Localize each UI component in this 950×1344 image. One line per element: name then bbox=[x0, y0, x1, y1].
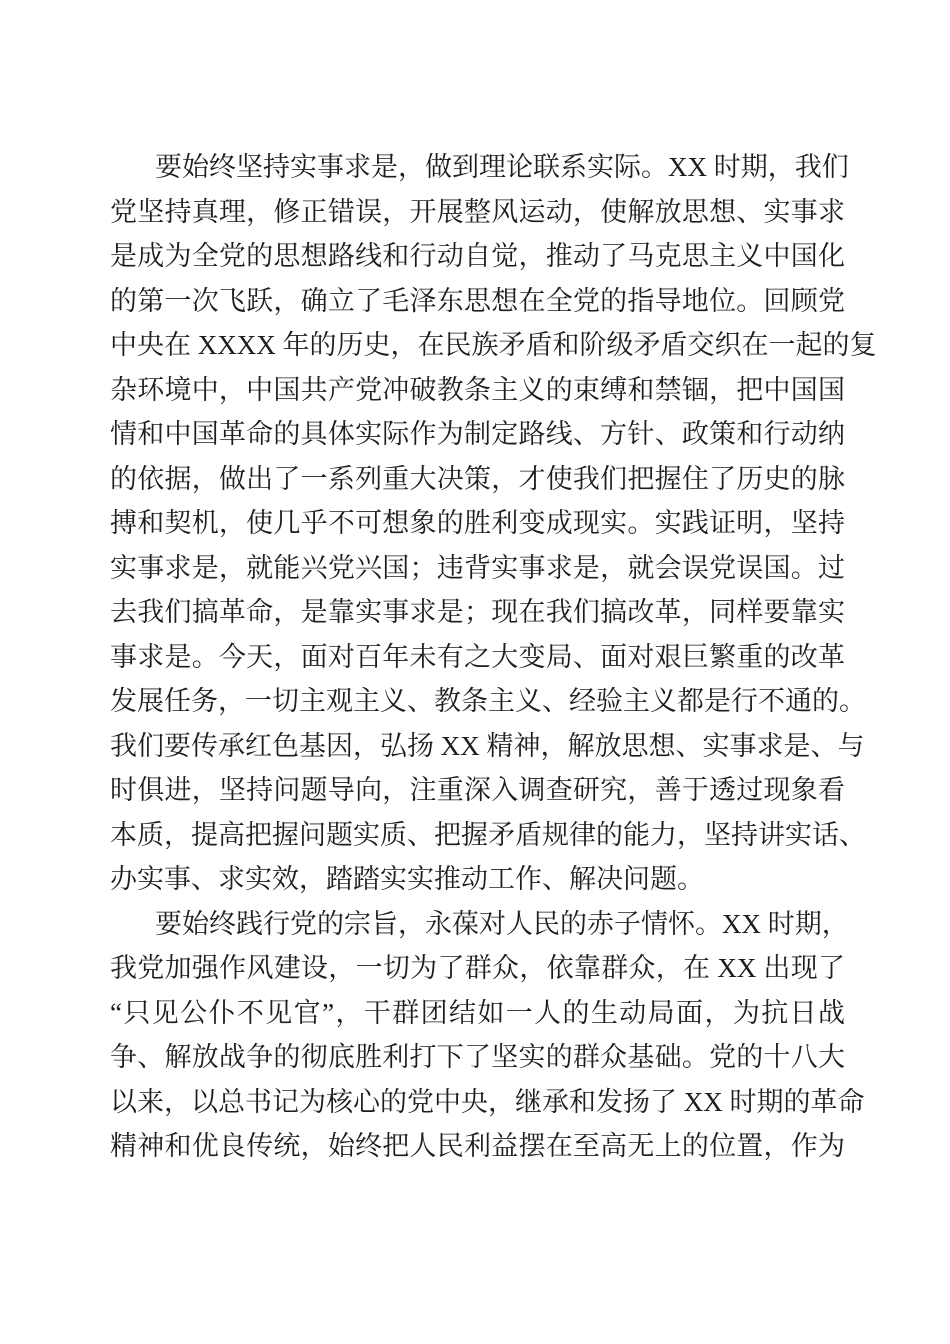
text-line: 去我们搞革命，是靠实事求是；现在我们搞改革，同样要靠实 bbox=[110, 590, 845, 635]
paragraph-2: 要始终践行党的宗旨，永葆对人民的赤子情怀。XX 时期，我党加强作风建设，一切为了… bbox=[110, 902, 845, 1169]
text-line: 党坚持真理，修正错误，开展整风运动，使解放思想、实事求 bbox=[110, 190, 845, 235]
text-line: 时俱进，坚持问题导向，注重深入调查研究，善于透过现象看 bbox=[110, 768, 845, 813]
text-line: 中央在 XXXX 年的历史，在民族矛盾和阶级矛盾交织在一起的复 bbox=[110, 323, 845, 368]
text-line: 发展任务，一切主观主义、教条主义、经验主义都是行不通的。 bbox=[110, 679, 845, 724]
text-line: 本质，提高把握问题实质、把握矛盾规律的能力，坚持讲实话、 bbox=[110, 813, 845, 858]
text-line: 的第一次飞跃，确立了毛泽东思想在全党的指导地位。回顾党 bbox=[110, 279, 845, 324]
text-line: 争、解放战争的彻底胜利打下了坚实的群众基础。党的十八大 bbox=[110, 1035, 845, 1080]
text-line: 是成为全党的思想路线和行动自觉，推动了马克思主义中国化 bbox=[110, 234, 845, 279]
text-line: 我党加强作风建设，一切为了群众，依靠群众，在 XX 出现了 bbox=[110, 946, 845, 991]
text-line: 要始终践行党的宗旨，永葆对人民的赤子情怀。XX 时期， bbox=[110, 902, 845, 947]
text-line: 杂环境中，中国共产党冲破教条主义的束缚和禁锢，把中国国 bbox=[110, 368, 845, 413]
text-line: “只见公仆不见官”，干群团结如一人的生动局面，为抗日战 bbox=[110, 991, 845, 1036]
document-page: 要始终坚持实事求是，做到理论联系实际。XX 时期，我们党坚持真理，修正错误，开展… bbox=[0, 0, 950, 1344]
text-line: 办实事、求实效，踏踏实实推动工作、解决问题。 bbox=[110, 857, 845, 902]
text-line: 搏和契机，使几乎不可想象的胜利变成现实。实践证明，坚持 bbox=[110, 501, 845, 546]
text-line: 实事求是，就能兴党兴国；违背实事求是，就会误党误国。过 bbox=[110, 546, 845, 591]
text-line: 要始终坚持实事求是，做到理论联系实际。XX 时期，我们 bbox=[110, 145, 845, 190]
text-line: 事求是。今天，面对百年未有之大变局、面对艰巨繁重的改革 bbox=[110, 635, 845, 680]
text-line: 我们要传承红色基因，弘扬 XX 精神，解放思想、实事求是、与 bbox=[110, 724, 845, 769]
document-body: 要始终坚持实事求是，做到理论联系实际。XX 时期，我们党坚持真理，修正错误，开展… bbox=[110, 145, 845, 1169]
paragraph-1: 要始终坚持实事求是，做到理论联系实际。XX 时期，我们党坚持真理，修正错误，开展… bbox=[110, 145, 845, 902]
text-line: 以来，以总书记为核心的党中央，继承和发扬了 XX 时期的革命 bbox=[110, 1080, 845, 1125]
text-line: 精神和优良传统，始终把人民利益摆在至高无上的位置，作为 bbox=[110, 1124, 845, 1169]
text-line: 情和中国革命的具体实际作为制定路线、方针、政策和行动纳 bbox=[110, 412, 845, 457]
text-line: 的依据，做出了一系列重大决策，才使我们把握住了历史的脉 bbox=[110, 457, 845, 502]
